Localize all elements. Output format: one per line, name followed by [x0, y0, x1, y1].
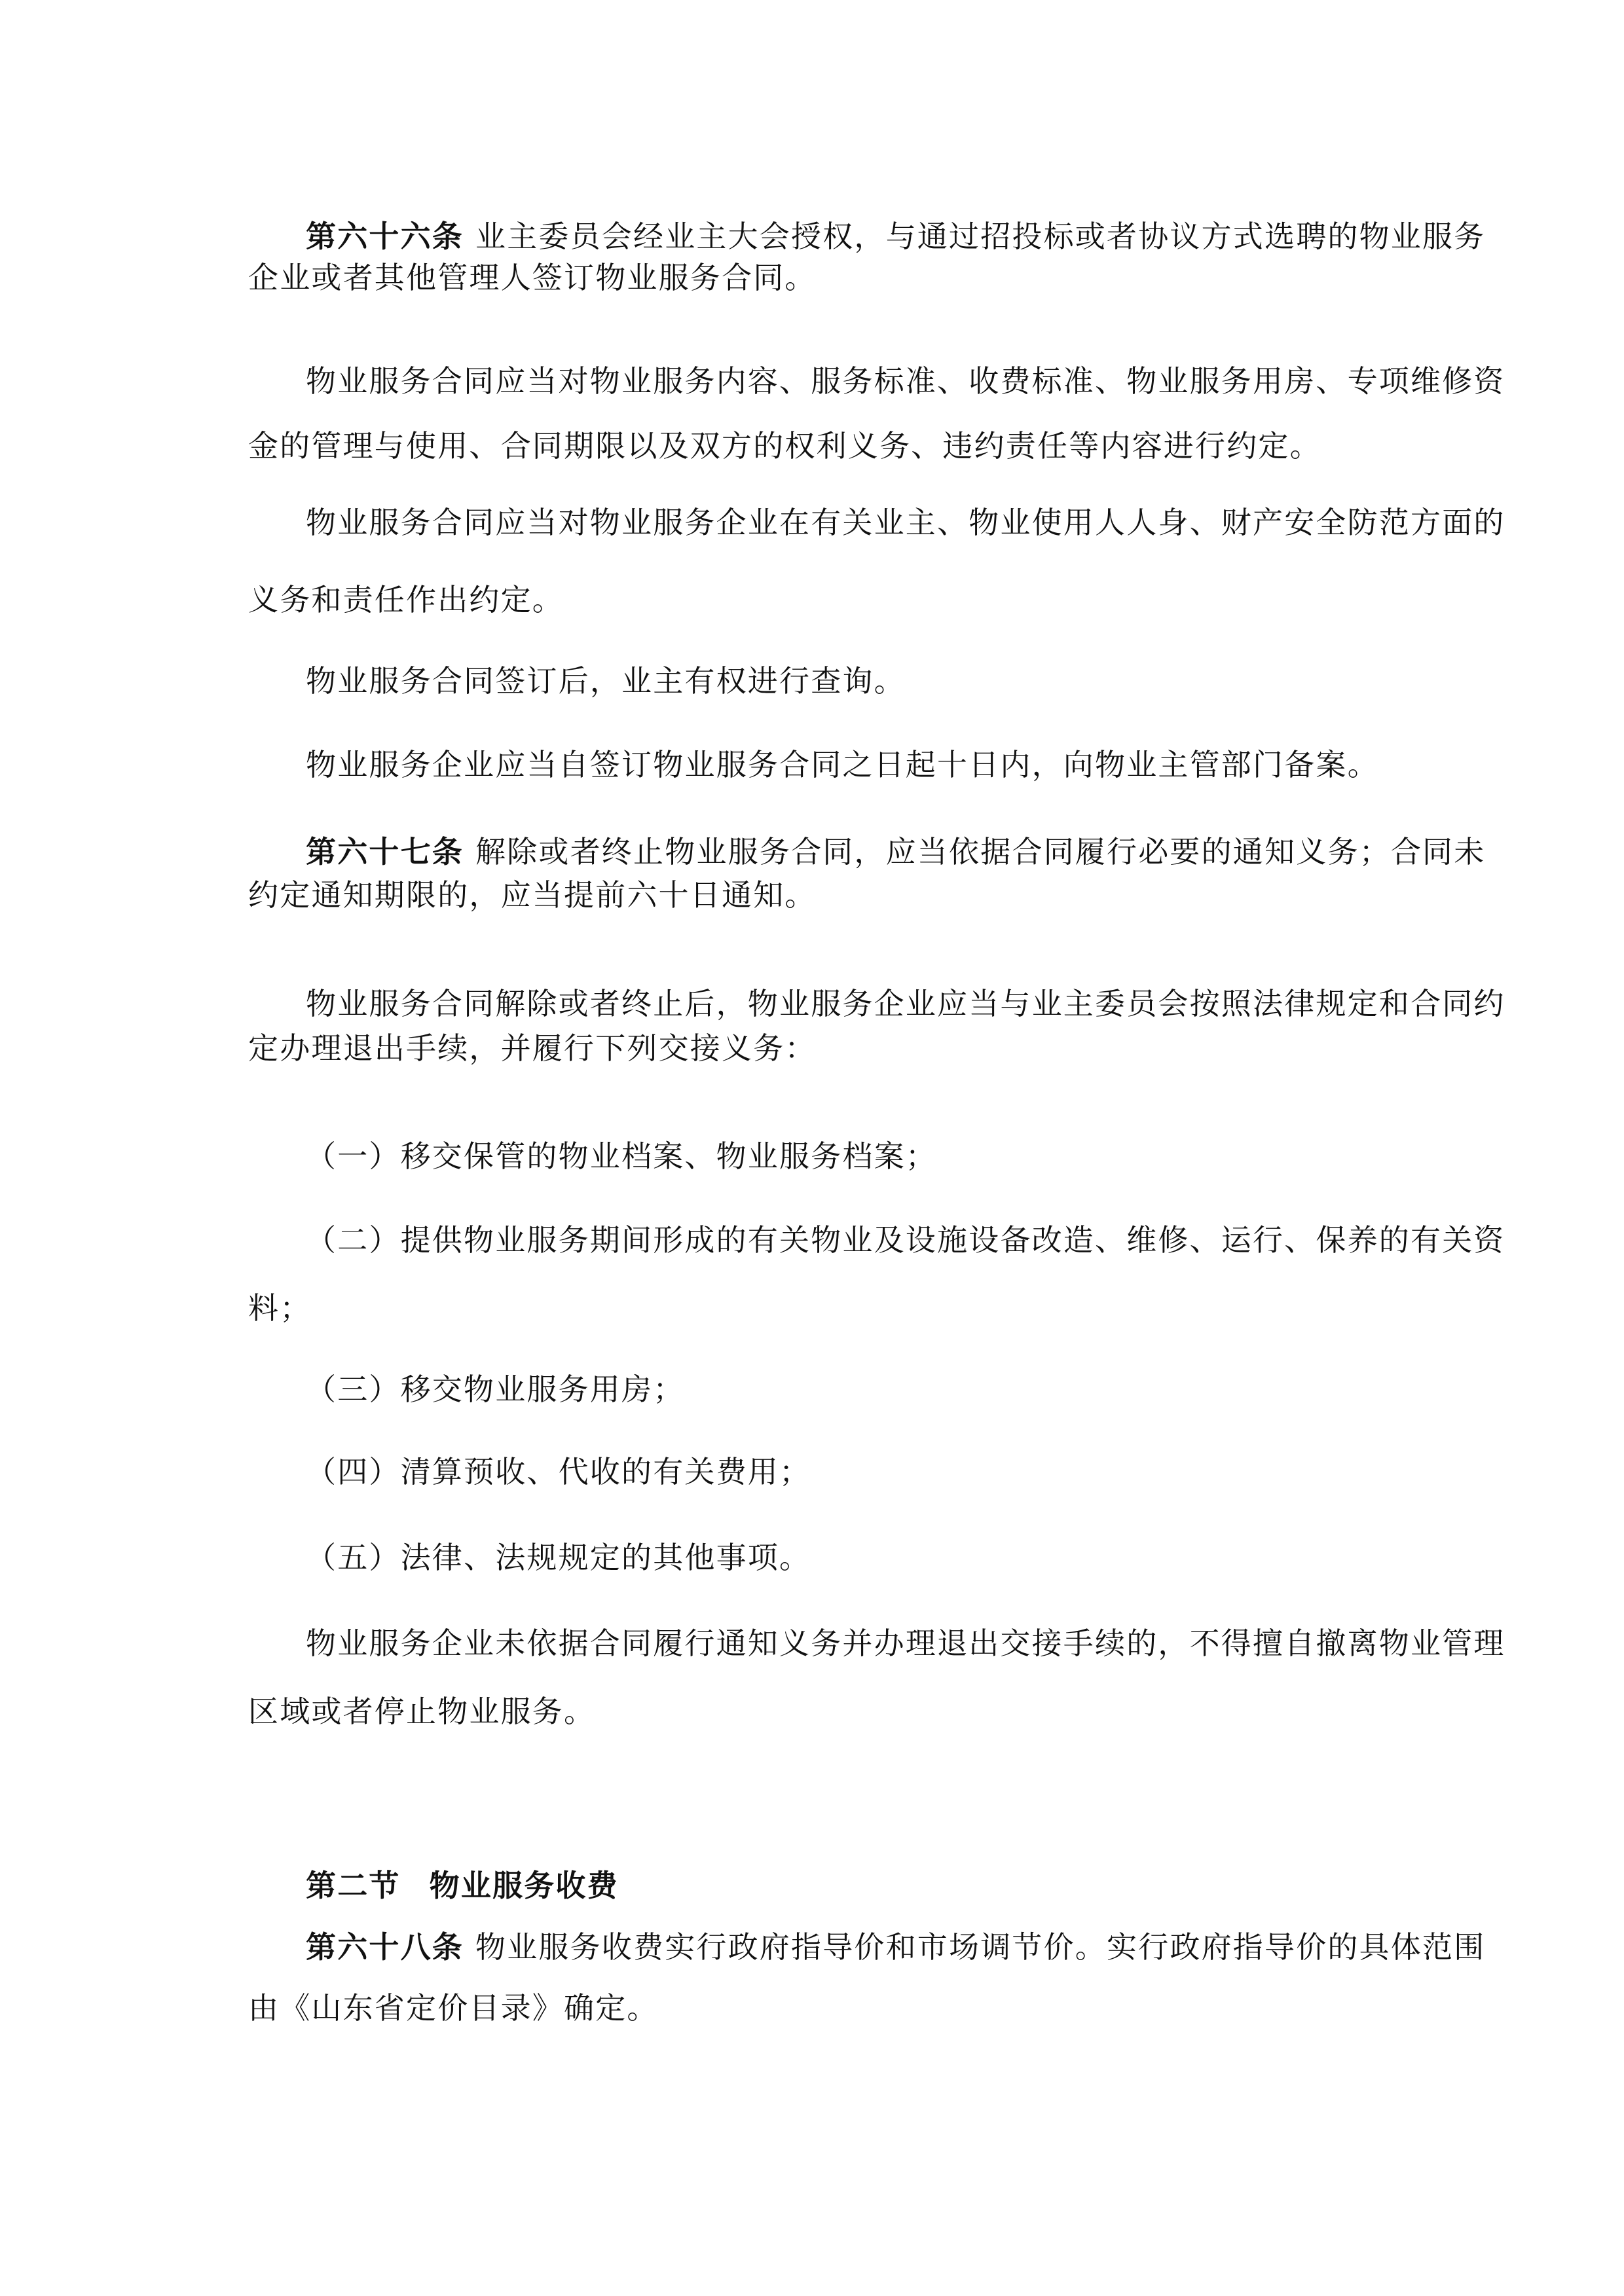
article-66-line-1: 第六十六条业主委员会经业主大会授权，与通过招投标或者协议方式选聘的物业服务	[306, 218, 1391, 255]
paragraph-66-2-line-2: 金的管理与使用、合同期限以及双方的权利义务、违约责任等内容进行约定。	[248, 428, 1391, 464]
article-68-line-1: 第六十八条物业服务收费实行政府指导价和市场调节价。实行政府指导价的具体范围	[306, 1929, 1391, 1965]
article-66-line-2: 企业或者其他管理人签订物业服务合同。	[248, 259, 1391, 296]
paragraph-67-2-line-2: 定办理退出手续，并履行下列交接义务：	[248, 1030, 1391, 1066]
paragraph-66-3-line-2: 义务和责任作出约定。	[248, 581, 1391, 618]
article-67-label: 第六十七条	[306, 834, 464, 869]
section-number: 第二节	[306, 1868, 401, 1903]
paragraph-67-2-line-1: 物业服务合同解除或者终止后，物业服务企业应当与业主委员会按照法律规定和合同约	[306, 985, 1391, 1022]
article-67-text: 解除或者终止物业服务合同，应当依据合同履行必要的通知义务；合同未	[475, 834, 1485, 869]
article-68-label: 第六十八条	[306, 1929, 464, 1965]
section-title: 物业服务收费	[430, 1868, 619, 1903]
list-item-4: （四）清算预收、代收的有关费用；	[306, 1453, 1391, 1490]
article-66-text: 业主委员会经业主大会授权，与通过招投标或者协议方式选聘的物业服务	[475, 219, 1485, 254]
list-item-1: （一）移交保管的物业档案、物业服务档案；	[306, 1138, 1391, 1175]
list-item-3: （三）移交物业服务用房；	[306, 1371, 1391, 1408]
article-66-label: 第六十六条	[306, 219, 464, 254]
article-67-line-1: 第六十七条解除或者终止物业服务合同，应当依据合同履行必要的通知义务；合同未	[306, 833, 1391, 870]
article-67-line-2: 约定通知期限的，应当提前六十日通知。	[248, 877, 1391, 913]
article-68-text: 物业服务收费实行政府指导价和市场调节价。实行政府指导价的具体范围	[475, 1929, 1485, 1965]
paragraph-66-4: 物业服务合同签订后，业主有权进行查询。	[306, 663, 1391, 699]
section-heading: 第二节物业服务收费	[306, 1867, 1391, 1904]
paragraph-66-3-line-1: 物业服务合同应当对物业服务企业在有关业主、物业使用人人身、财产安全防范方面的	[306, 504, 1391, 541]
paragraph-67-3-line-1: 物业服务企业未依据合同履行通知义务并办理退出交接手续的，不得擅自撤离物业管理	[306, 1625, 1391, 1662]
paragraph-67-3-line-2: 区域或者停止物业服务。	[248, 1693, 1391, 1730]
paragraph-66-2-line-1: 物业服务合同应当对物业服务内容、服务标准、收费标准、物业服务用房、专项维修资	[306, 363, 1391, 399]
list-item-2-line-2: 料；	[248, 1290, 1391, 1326]
article-68-line-2: 由《山东省定价目录》确定。	[248, 1990, 1391, 2026]
paragraph-66-5: 物业服务企业应当自签订物业服务合同之日起十日内，向物业主管部门备案。	[306, 746, 1391, 783]
list-item-2-line-1: （二）提供物业服务期间形成的有关物业及设施设备改造、维修、运行、保养的有关资	[306, 1222, 1391, 1258]
list-item-5: （五）法律、法规规定的其他事项。	[306, 1539, 1391, 1576]
